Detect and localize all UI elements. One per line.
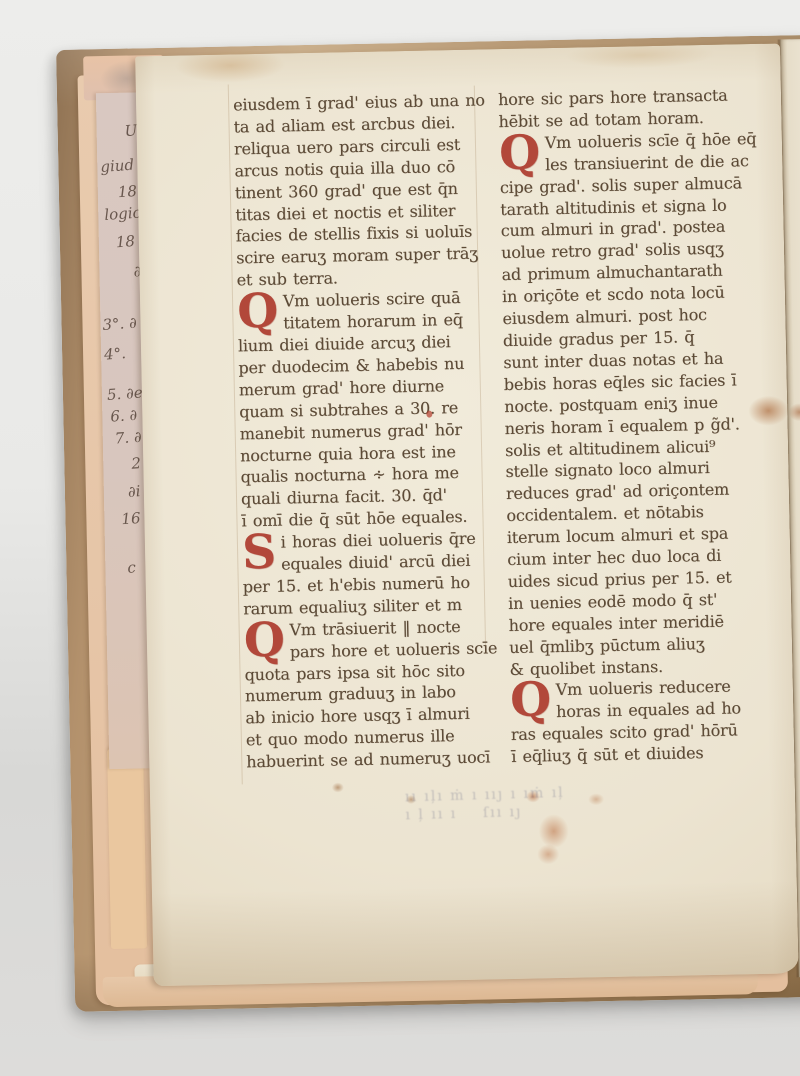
rubricated-initial: Q xyxy=(510,680,557,724)
marginalia-note: 18 xyxy=(115,232,135,251)
marginalia-note: 7. ∂ xyxy=(114,428,142,448)
manuscript-text-line: ī eq̄liuʒ q̄ sūt et diuides xyxy=(511,741,767,768)
paragraph: QVm trāsiuerit ‖ noctepars hore et uolue… xyxy=(243,615,506,774)
rubricated-initial: Q xyxy=(499,132,546,176)
marginalia-note: 18 xyxy=(117,182,137,201)
rubricated-initial: S xyxy=(242,532,282,576)
paragraph: QVm uolueris scīe q̄ hōe eq̄les transiue… xyxy=(499,128,766,681)
under-page-bottom-tab xyxy=(107,748,147,949)
rubricated-initial: Q xyxy=(237,291,284,335)
manuscript-page: eiusdem ī grad' eius ab una nota ad alia… xyxy=(135,43,799,986)
ghost-text-marks: ıı ıļı ṁ ı ııȷ ı ıṁ ıļı ļ ıı ı ſıı ıȷ xyxy=(405,780,686,824)
manuscript-text-line: habuerint se ad numeruʒ uocī xyxy=(246,746,506,773)
paragraph: QVm uolueris scire quātitatem horarum in… xyxy=(237,286,502,532)
marginalia-note: 2 xyxy=(131,454,142,473)
stain xyxy=(537,844,559,864)
marginalia-note: giud xyxy=(100,156,135,176)
marginalia-note: 5. ∂e xyxy=(106,383,143,404)
codex-book: Uygiud18logio18∂3°. ∂4°. 5. ∂e6. ∂7. ∂2∂… xyxy=(56,35,800,1012)
marginalia-note: c xyxy=(127,558,137,577)
text-column-left: eiusdem ī grad' eius ab una nota ad alia… xyxy=(233,89,507,773)
marginalia-note: 3°. ∂ xyxy=(102,314,138,334)
paragraph: Si horas diei uolueris q̄reequales diuid… xyxy=(242,527,504,620)
stain xyxy=(332,782,344,792)
paragraph: hore sic pars hore transactahēbit se ad … xyxy=(498,84,755,133)
text-column-right: hore sic pars hore transactahēbit se ad … xyxy=(498,84,768,768)
marginalia-note: logio xyxy=(104,203,142,224)
marginalia-note: ∂i xyxy=(127,482,141,501)
photo-of-manuscript: Uygiud18logio18∂3°. ∂4°. 5. ∂e6. ∂7. ∂2∂… xyxy=(0,0,800,1076)
rubricated-initial: Q xyxy=(243,619,290,663)
marginalia-note: 4°. xyxy=(103,344,126,364)
paragraph: eiusdem ī grad' eius ab una nota ad alia… xyxy=(233,89,497,291)
marginalia-note: 6. ∂ xyxy=(110,406,138,426)
marginalia-note: 16 xyxy=(121,509,141,528)
paragraph: QVm uolueris reducerehoras in equales ad… xyxy=(510,675,768,768)
